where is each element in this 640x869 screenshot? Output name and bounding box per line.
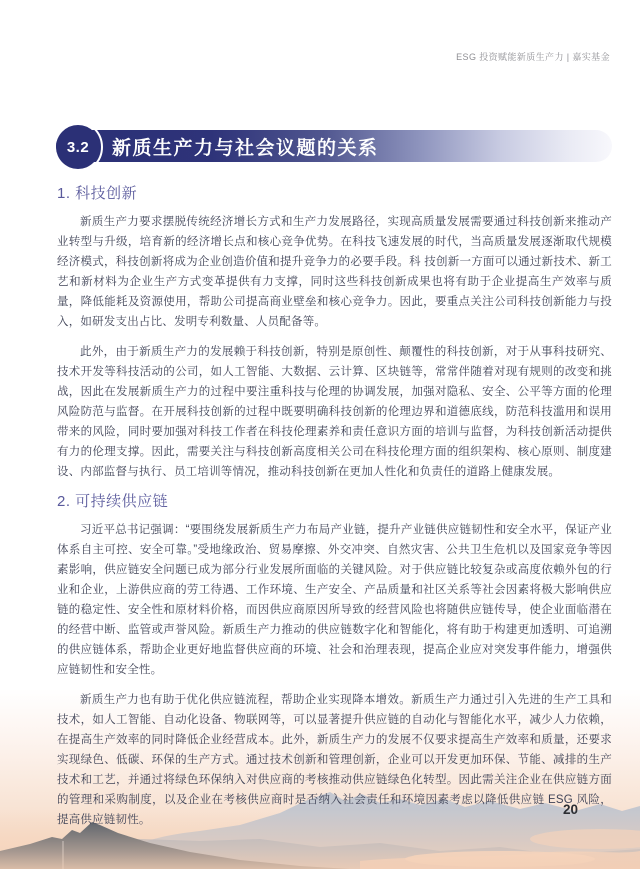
- subsection-heading-sustainable-supply-chain: 2. 可持续供应链: [57, 492, 612, 512]
- paragraph: 新质生产力要求摆脱传统经济增长方式和生产力发展路径，实现高质量发展需要通过科技创…: [57, 212, 612, 332]
- paragraph: 此外，由于新质生产力的发展赖于科技创新，特别是原创性、颠覆性的科技创新，对于从事…: [57, 342, 612, 482]
- page-content: 1. 科技创新 新质生产力要求摆脱传统经济增长方式和生产力发展路径，实现高质量发…: [57, 184, 612, 840]
- paragraph: 新质生产力也有助于优化供应链流程，帮助企业实现降本增效。新质生产力通过引入先进的…: [57, 690, 612, 830]
- document-page: ESG 投资赋能新质生产力 | 嘉实基金 新质生产力与社会议题的关系 3.2 1…: [0, 0, 640, 869]
- page-number: 20: [563, 802, 578, 817]
- running-head: ESG 投资赋能新质生产力 | 嘉实基金: [456, 50, 610, 63]
- section-number-badge: 3.2: [56, 125, 100, 169]
- section-number: 3.2: [67, 139, 89, 156]
- section-banner-title: 新质生产力与社会议题的关系: [112, 133, 379, 160]
- paragraph: 习近平总书记强调：“要围绕发展新质生产力布局产业链，提升产业链供应链韧性和安全水…: [57, 520, 612, 680]
- section-banner: 新质生产力与社会议题的关系: [56, 130, 612, 162]
- subsection-heading-tech-innovation: 1. 科技创新: [57, 184, 612, 204]
